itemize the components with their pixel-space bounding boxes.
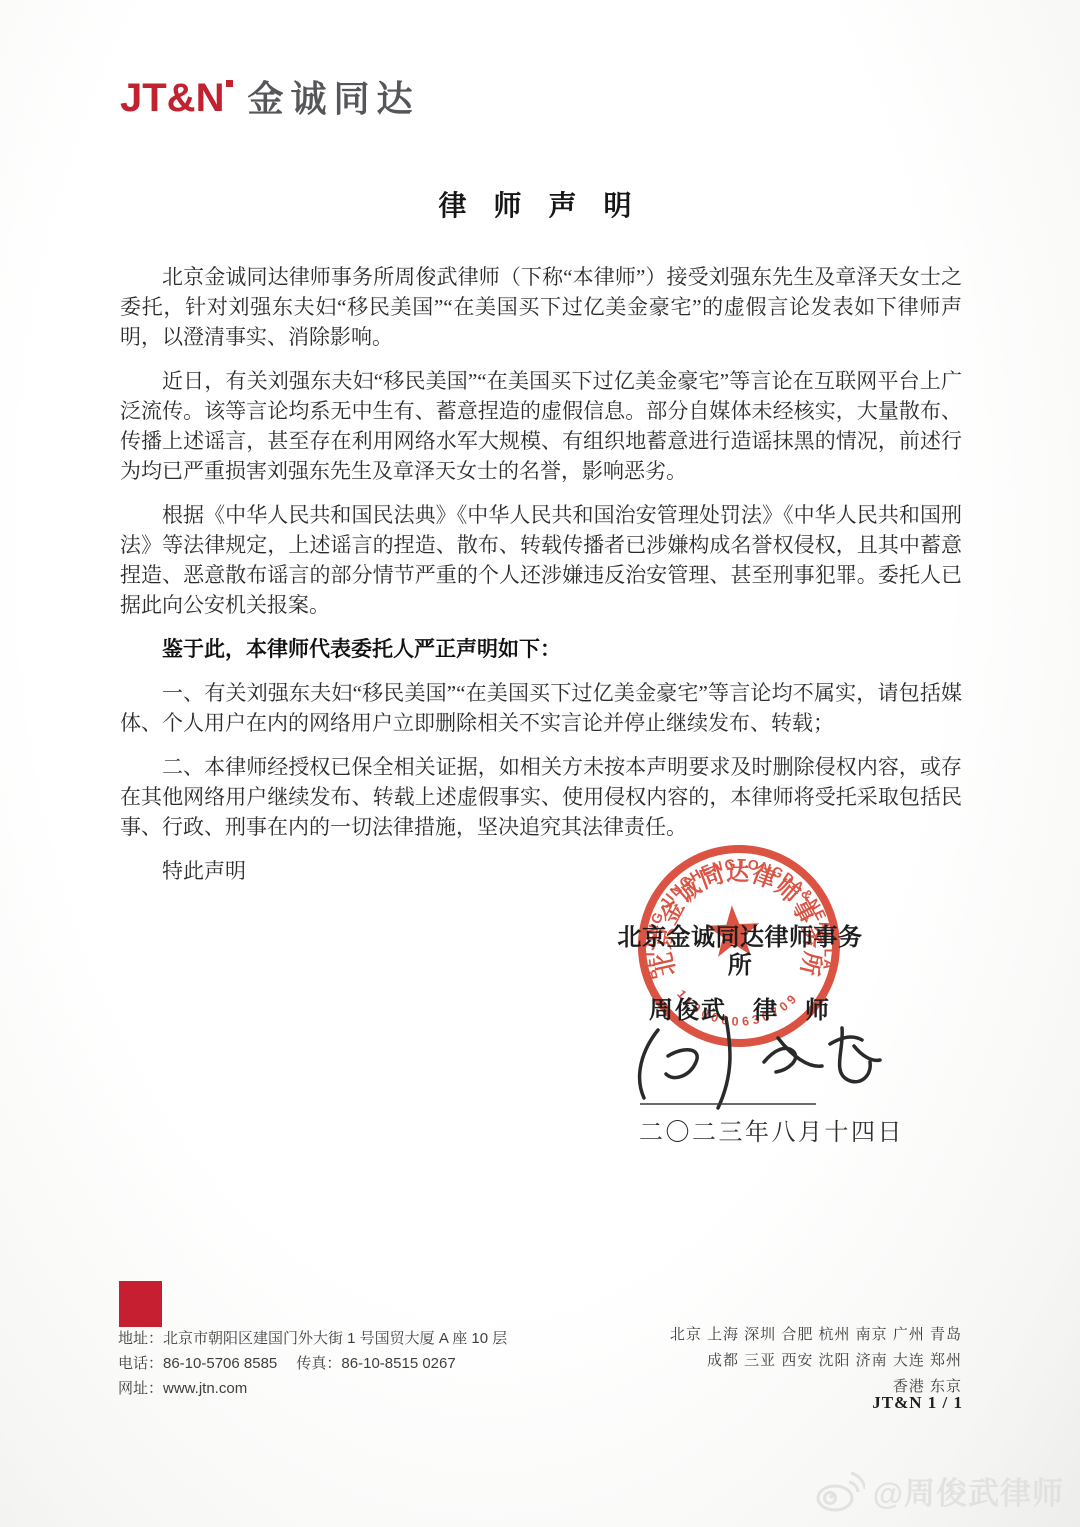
statement-date: 二〇二三年八月十四日 bbox=[639, 1112, 904, 1147]
jtn-logo-text: JT&N bbox=[120, 78, 224, 118]
statement-body: 北京金诚同达律师事务所周俊武律师（下称“本律师”）接受刘强东先生及章泽天女士之委… bbox=[120, 262, 962, 900]
declaration-heading: 鉴于此，本律师代表委托人严正声明如下： bbox=[120, 634, 962, 664]
footer-phone-fax: 电话：86-10-5706 8585 传真：86-10-8515 0267 bbox=[118, 1351, 507, 1376]
footer-address: 地址：北京市朝阳区建国门外大街 1 号国贸大厦 A 座 10 层 bbox=[118, 1326, 507, 1351]
declaration-item-1: 一、有关刘强东夫妇“移民美国”“在美国买下过亿美金豪宅”等言论均不属实，请包括媒… bbox=[120, 678, 962, 738]
cities-row: 北京 上海 深圳 合肥 杭州 南京 广州 青岛 bbox=[670, 1322, 962, 1348]
paragraph-facts: 近日，有关刘强东夫妇“移民美国”“在美国买下过亿美金豪宅”等言论在互联网平台上广… bbox=[120, 366, 962, 486]
paragraph-intro: 北京金诚同达律师事务所周俊武律师（下称“本律师”）接受刘强东先生及章泽天女士之委… bbox=[120, 262, 962, 352]
logo-trademark-square-icon bbox=[226, 80, 233, 87]
paragraph-legal-basis: 根据《中华人民共和国民法典》《中华人民共和国治安管理处罚法》《中华人民共和国刑法… bbox=[120, 500, 962, 620]
lawyer-signature bbox=[618, 1016, 888, 1116]
document-title: 律 师 声 明 bbox=[0, 184, 1080, 224]
firm-name-cn: 金诚同达 bbox=[247, 78, 419, 120]
footer-office-cities: 北京 上海 深圳 合肥 杭州 南京 广州 青岛 成都 三亚 西安 沈阳 济南 大… bbox=[670, 1322, 962, 1400]
declaration-item-2: 二、本律师经授权已保全相关证据，如相关方未按本声明要求及时删除侵权内容，或存在其… bbox=[120, 752, 962, 842]
weibo-watermark: @周俊武律师 bbox=[813, 1468, 1064, 1513]
document-page: JT&N 金诚同达 律 师 声 明 北京金诚同达律师事务所周俊武律师（下称“本律… bbox=[0, 0, 1080, 1527]
footer-red-square bbox=[119, 1281, 162, 1327]
footer-website: 网址：www.jtn.com bbox=[118, 1376, 507, 1401]
signoff-block: 北京金诚同达律师事务所 周俊武 律 师 bbox=[607, 924, 873, 1025]
firm-logo: JT&N 金诚同达 bbox=[120, 78, 419, 120]
watermark-handle: @周俊武律师 bbox=[873, 1468, 1064, 1513]
cities-row: 成都 三亚 西安 沈阳 济南 大连 郑州 bbox=[670, 1348, 962, 1374]
page-number-label: JT&N 1 / 1 bbox=[872, 1393, 963, 1413]
footer-contact-block: 地址：北京市朝阳区建国门外大街 1 号国贸大厦 A 座 10 层 电话：86-1… bbox=[118, 1326, 507, 1401]
weibo-icon bbox=[813, 1469, 865, 1513]
signoff-firm-name: 北京金诚同达律师事务所 bbox=[607, 924, 873, 980]
